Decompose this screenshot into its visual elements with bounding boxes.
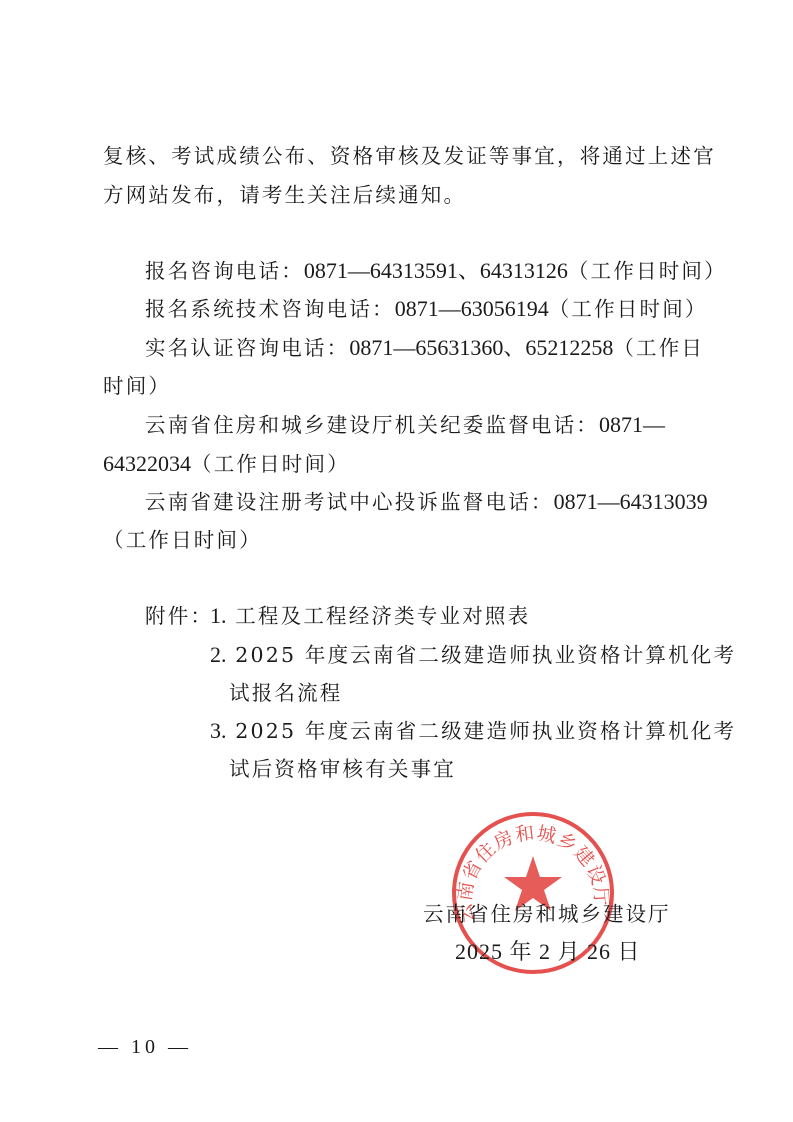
contact-phone: 0871—64313591、64313126: [304, 258, 568, 283]
attachment-item-2-wrap: 试报名流程: [229, 681, 343, 705]
contact-complaint-wrap: （工作日时间）: [103, 528, 262, 552]
attachment-title: 2025 年度云南省二级建造师执业资格计算机化考: [235, 643, 736, 667]
signature-date: 2025 年 2 月 26 日: [455, 940, 641, 964]
contact-label: 云南省住房和城乡建设厅机关纪委监督电话：: [145, 413, 599, 437]
signature-org: 云南省住房和城乡建设厅: [423, 902, 671, 926]
contact-label: 实名认证咨询电话：: [145, 336, 349, 360]
contact-realname-wrap: 时间）: [103, 374, 171, 398]
contact-phone: 0871—: [599, 412, 665, 437]
contact-phone: 0871—65631360、65212258: [349, 335, 613, 360]
contact-label: 云南省建设注册考试中心投诉监督电话：: [145, 490, 554, 514]
contact-label: 报名系统技术咨询电话：: [145, 297, 395, 321]
attachment-number: 1.: [210, 603, 227, 628]
attachment-title: 2025 年度云南省二级建造师执业资格计算机化考: [235, 719, 736, 743]
contact-note: （工作日: [613, 336, 704, 360]
paragraph-line-2: 方网站发布，请考生关注后续通知。: [103, 183, 466, 207]
contact-note: （工作日时间）: [191, 452, 350, 476]
attachments-label: 附件：: [145, 604, 213, 628]
attachment-item-2: 2. 2025 年度云南省二级建造师执业资格计算机化考: [210, 643, 736, 667]
page-number: — 10 —: [98, 1036, 192, 1059]
contact-phone: 64322034: [103, 451, 191, 476]
contact-discipline-wrap: 64322034（工作日时间）: [103, 452, 350, 476]
contact-note: （工作日时间）: [568, 259, 727, 283]
contact-registration: 报名咨询电话：0871—64313591、64313126（工作日时间）: [145, 259, 727, 283]
attachment-title: 工程及工程经济类专业对照表: [235, 604, 530, 628]
contact-discipline: 云南省住房和城乡建设厅机关纪委监督电话：0871—: [145, 413, 665, 437]
attachment-item-3: 3. 2025 年度云南省二级建造师执业资格计算机化考: [210, 719, 736, 743]
attachment-number: 2.: [210, 642, 227, 667]
attachment-item-1: 1. 工程及工程经济类专业对照表: [210, 604, 530, 628]
contact-label: 报名咨询电话：: [145, 259, 304, 283]
contact-phone: 0871—63056194: [395, 296, 549, 321]
attachment-item-3-wrap: 试后资格审核有关事宜: [229, 757, 456, 781]
contact-note: （工作日时间）: [549, 297, 708, 321]
contact-phone: 0871—64313039: [554, 489, 708, 514]
contact-realname: 实名认证咨询电话：0871—65631360、65212258（工作日: [145, 336, 704, 360]
contact-complaint: 云南省建设注册考试中心投诉监督电话：0871—64313039: [145, 490, 708, 514]
attachment-number: 3.: [210, 718, 227, 743]
contact-system-tech: 报名系统技术咨询电话：0871—63056194（工作日时间）: [145, 297, 708, 321]
paragraph-line-1: 复核、考试成绩公布、资格审核及发证等事宜，将通过上述官: [103, 144, 716, 168]
